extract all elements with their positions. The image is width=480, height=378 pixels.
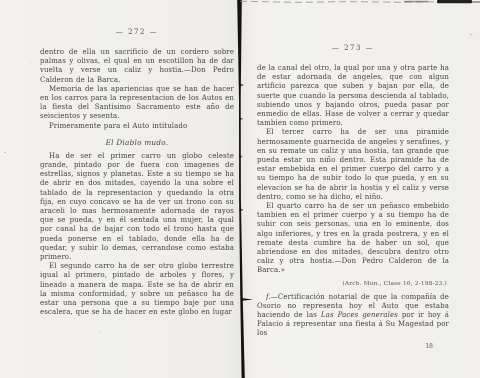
paragraph: dentro de ella un sacrificio de un corde… xyxy=(40,48,234,85)
right-page: — 273 — de la canal del otro, la qual po… xyxy=(257,44,449,350)
paragraph: Memoria de las apariencias que se han de… xyxy=(40,85,234,122)
book-spine-line xyxy=(237,0,245,378)
left-page: — 272 — dentro de ella un sacrificio de … xyxy=(40,28,234,317)
auto-title-heading: El Diablo mudo. xyxy=(40,138,234,147)
paragraph: Ha de ser el primer carro un globo celes… xyxy=(40,152,234,262)
paragraph: El segundo carro ha de ser otro globo te… xyxy=(40,262,234,317)
page-number: — 273 — xyxy=(257,44,449,52)
auto-name-italic: Las Paces generales xyxy=(321,311,398,319)
paragraph: El quarto carro ha de ser un peñasco emb… xyxy=(257,202,449,276)
book-scan: — 272 — dentro de ella un sacrificio de … xyxy=(0,0,480,378)
page-edge-line xyxy=(240,1,436,2)
paragraph: de la canal del otro, la qual por una y … xyxy=(257,64,449,128)
paragraph: El tercer carro ha de ser una piramide h… xyxy=(257,128,449,202)
spine-hook-mark xyxy=(241,298,253,301)
paragraph: Primeramente para el Auto intitulado xyxy=(40,122,234,131)
page-number: — 272 — xyxy=(40,28,234,36)
page-edge-dark-mark xyxy=(437,0,472,3)
entry-f-paragraph: f.—Certificación notarial de que la comp… xyxy=(257,293,449,339)
signature-mark: 18 xyxy=(257,343,449,350)
archive-citation: (Arch. Mun., Clase 16, 2-198-23.) xyxy=(257,280,447,288)
